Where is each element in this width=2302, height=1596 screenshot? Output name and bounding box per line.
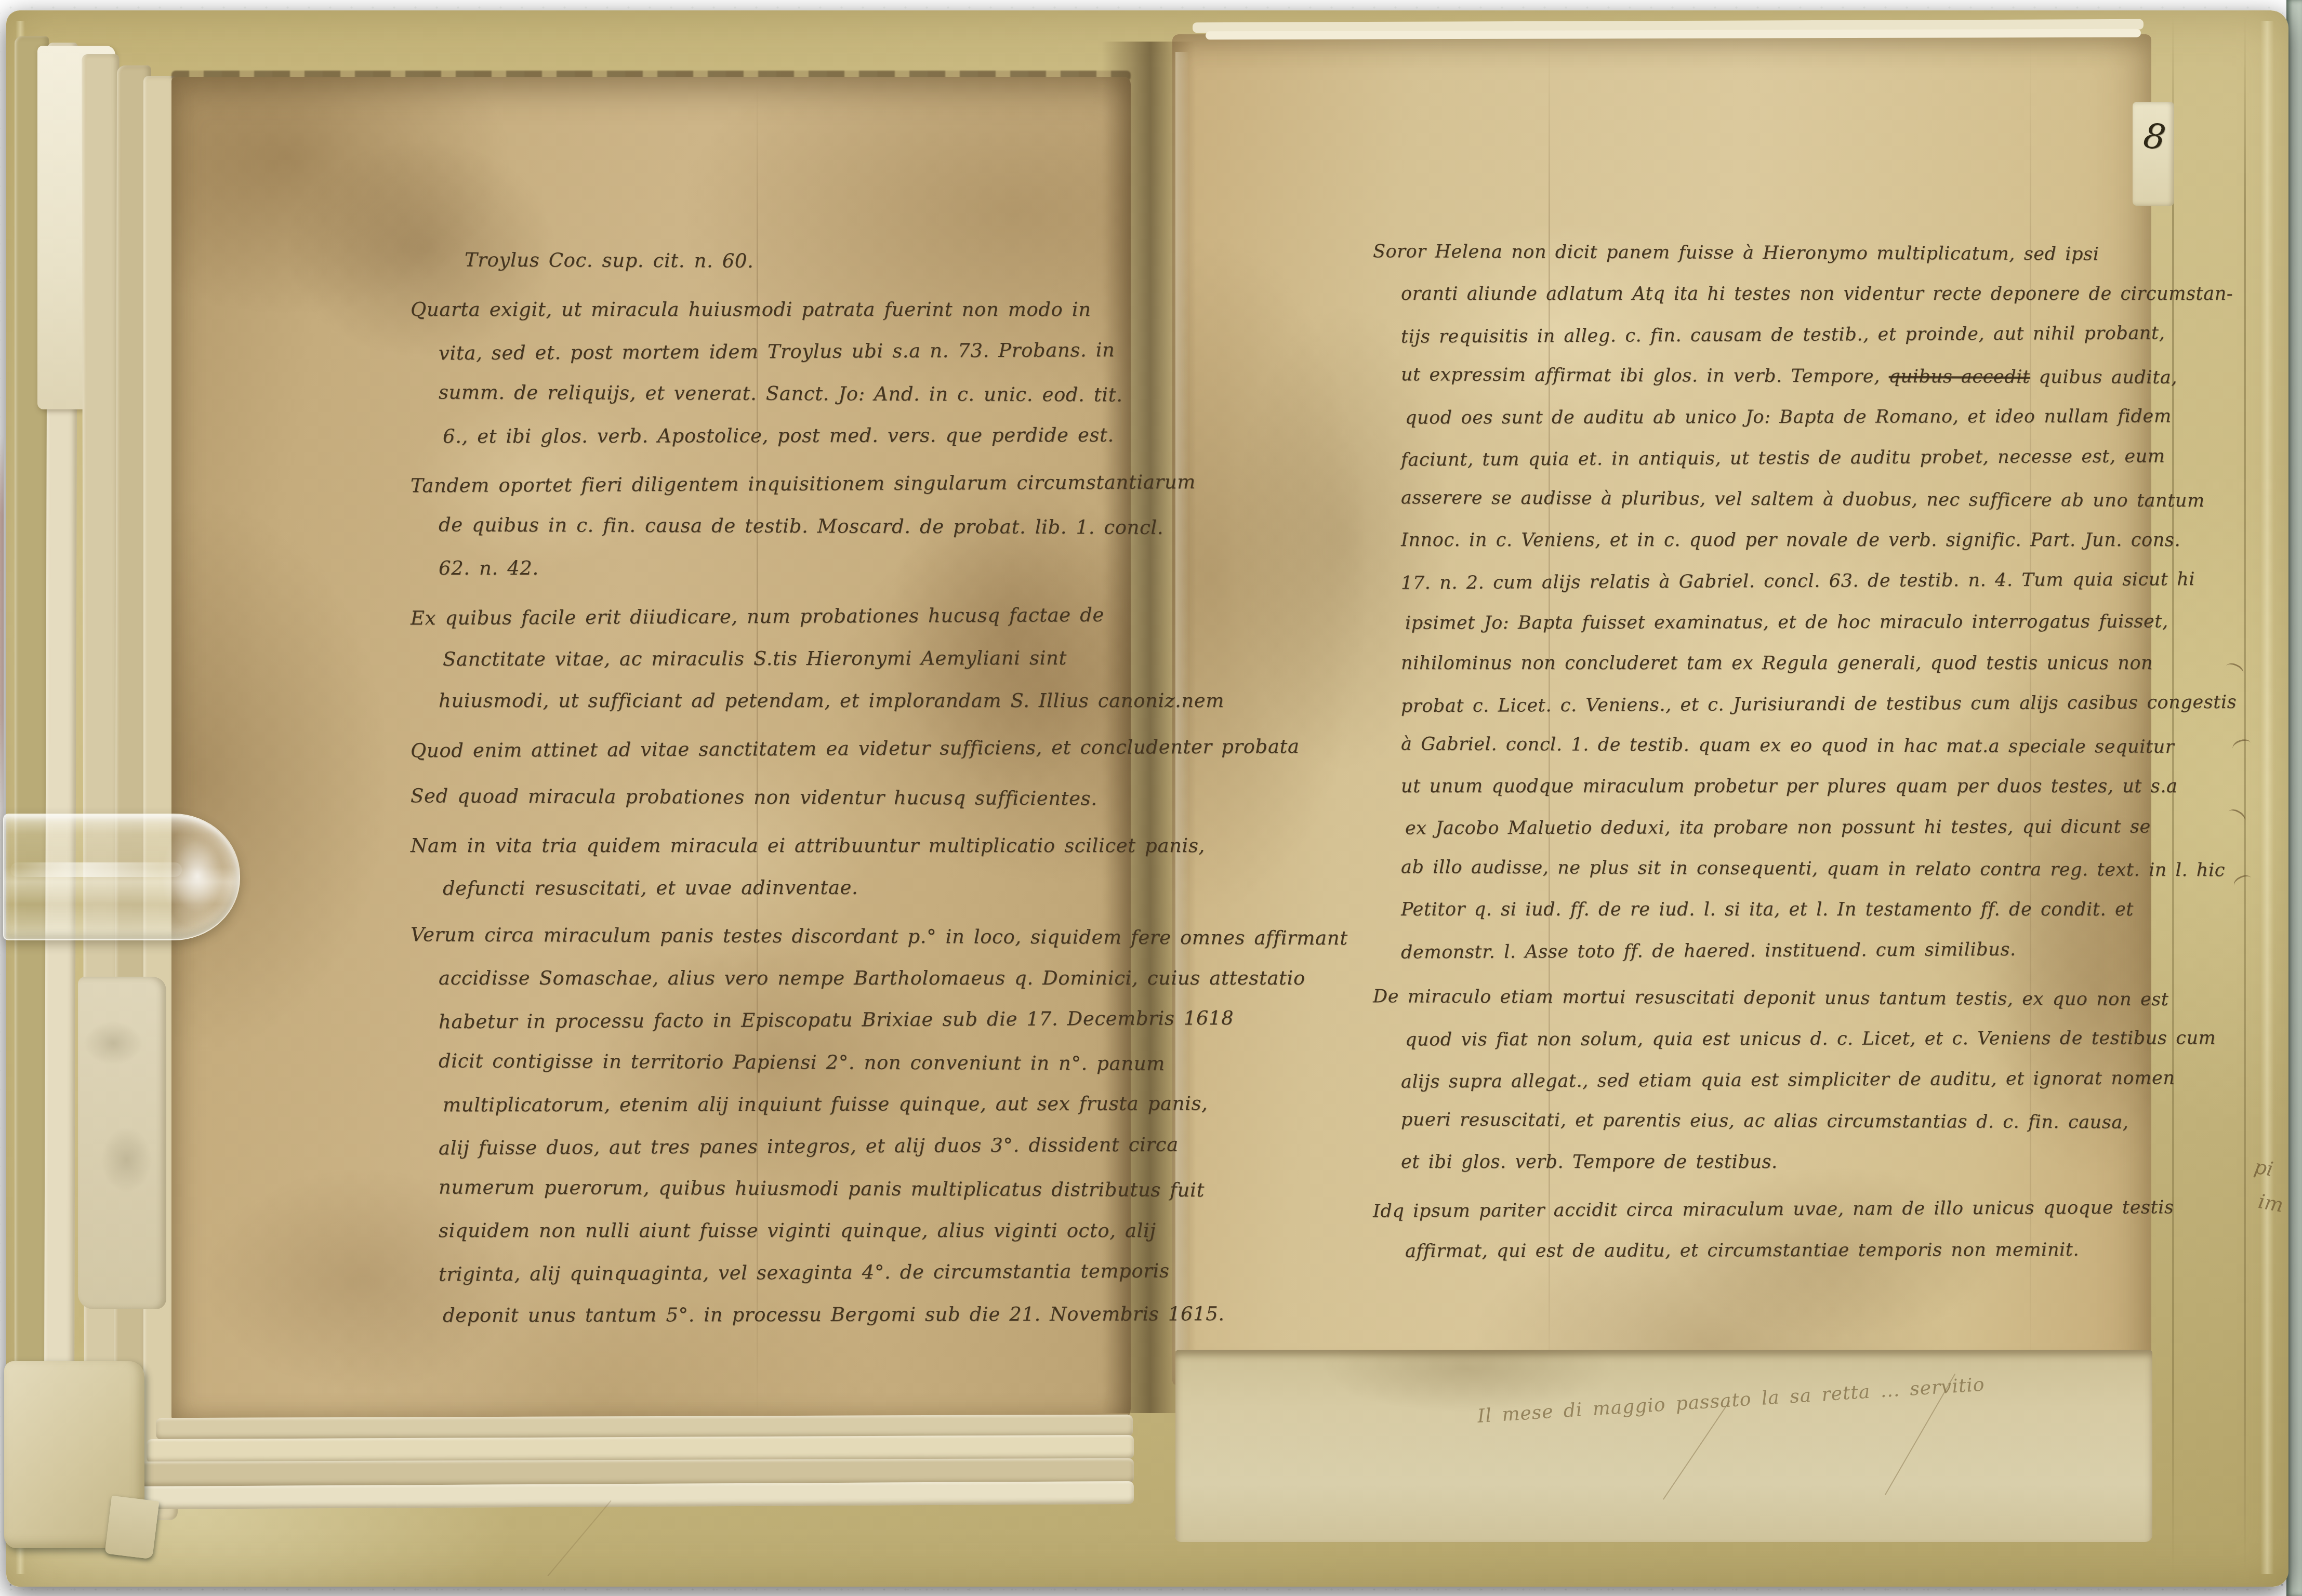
manuscript-line: multiplicatorum, etenim alij inquiunt fu… [443, 1083, 1132, 1126]
torn-paper-fragment-bleedthrough [78, 977, 166, 1309]
fore-edge-note: im [2257, 1190, 2285, 1217]
manuscript-line: pueri resuscitati, et parentis eius, ac … [1401, 1099, 2150, 1143]
manuscript-line: defuncti resuscitati, et uvae adinventae… [443, 866, 1132, 910]
manuscript-line: quod oes sunt de auditu ab unico Jo: Bap… [1405, 396, 2154, 438]
manuscript-line: tijs requisitis in alleg. c. fin. causam… [1401, 313, 2150, 357]
glass-weight [3, 814, 240, 940]
background-side-strip [2286, 0, 2302, 1596]
manuscript-line: Nam in vita tria quidem miracula ei attr… [411, 824, 1128, 867]
manuscript-photo-scene: Troylus Coc. sup. cit. n. 60.Quarta exig… [0, 0, 2302, 1596]
manuscript-line: Sanctitate vitae, ac miraculis S.tis Hie… [443, 637, 1132, 681]
manuscript-line: probat c. Licet. c. Veniens., et c. Juri… [1401, 682, 2150, 727]
manuscript-line: demonstr. l. Asse toto ff. de haered. in… [1401, 928, 2150, 973]
manuscript-line: ut expressim affirmat ibi glos. in verb.… [1401, 354, 2150, 398]
manuscript-line: et ibi glos. verb. Tempore de testibus. [1401, 1142, 2150, 1183]
glass-weight-streak [10, 862, 182, 877]
manuscript-line: habetur in processu facto in Episcopatu … [439, 997, 1128, 1043]
manuscript-line: 62. n. 42. [439, 547, 1128, 589]
manuscript-line: affirmat, qui est de auditu, et circumst… [1405, 1229, 2154, 1272]
manuscript-line: nihilominus non concluderet tam ex Regul… [1401, 643, 2150, 684]
manuscript-line: huiusmodi, ut sufficiant ad petendam, et… [439, 680, 1128, 722]
manuscript-line: ipsimet Jo: Bapta fuisset examinatus, et… [1405, 601, 2154, 644]
manuscript-line: oranti aliunde adlatum Atq ita hi testes… [1401, 274, 2150, 315]
manuscript-line: siquidem non nulli aiunt fuisse viginti … [439, 1209, 1128, 1252]
manuscript-line: ex Jacobo Maluetio deduxi, ita probare n… [1405, 806, 2154, 849]
left-page-text: Troylus Coc. sup. cit. n. 60.Quarta exig… [411, 240, 1128, 1336]
manuscript-line: Troylus Coc. sup. cit. n. 60. [465, 239, 1128, 284]
manuscript-line: deponit unus tantum 5°. in processu Berg… [443, 1293, 1132, 1337]
manuscript-line: Tandem oportet fieri diligentem inquisit… [411, 461, 1128, 507]
struck-text: quibus accedit [1889, 366, 2030, 388]
manuscript-line: Ex quibus facile erit diiudicare, num pr… [411, 594, 1128, 640]
manuscript-line: à Gabriel. concl. 1. de testib. quam ex … [1401, 724, 2150, 768]
manuscript-line: quod vis fiat non solum, quia est unicus… [1405, 1018, 2154, 1060]
manuscript-line: Innoc. in c. Veniens, et in c. quod per … [1401, 520, 2150, 561]
manuscript-line: 6., et ibi glos. verb. Apostolice, post … [443, 414, 1132, 458]
manuscript-line: ab illo audisse, ne plus sit in conseque… [1401, 847, 2150, 891]
protruding-paper-tab [105, 1496, 160, 1559]
manuscript-line: accidisse Somaschae, alius vero nempe Ba… [439, 957, 1128, 999]
manuscript-line: faciunt, tum quia et. in antiquis, ut te… [1401, 436, 2150, 481]
manuscript-line: ut unum quodque miraculum probetur per p… [1401, 766, 2150, 807]
manuscript-line: vita, sed et. post mortem idem Troylus u… [439, 329, 1128, 374]
manuscript-line: triginta, alij quinquaginta, vel sexagin… [439, 1250, 1128, 1295]
manuscript-line: de quibus in c. fin. causa de testib. Mo… [439, 503, 1128, 548]
manuscript-line: asserere se audisse à pluribus, vel salt… [1401, 477, 2150, 522]
manuscript-line: Petitor q. si iud. ff. de re iud. l. si … [1401, 889, 2150, 930]
manuscript-line: alijs supra allegat., sed etiam quia est… [1401, 1058, 2150, 1102]
manuscript-line: Sed quoad miracula probationes non viden… [411, 775, 1128, 819]
manuscript-line: Verum circa miraculum panis testes disco… [411, 913, 1128, 958]
cover-fold-highlight [2260, 21, 2274, 1574]
fore-edge-note: pi [2252, 1155, 2275, 1181]
cover-crease [2244, 16, 2246, 1574]
manuscript-line: summ. de reliquijs, et venerat. Sanct. J… [439, 371, 1128, 416]
manuscript-line: Idq ipsum pariter accidit circa miraculu… [1373, 1187, 2150, 1232]
left-edge-sliver [0, 436, 4, 831]
manuscript-line: Quod enim attinet ad vitae sanctitatem e… [411, 726, 1128, 772]
manuscript-line: numerum puerorum, quibus huiusmodi panis… [439, 1166, 1128, 1211]
right-page-text: Soror Helena non dicit panem fuisse à Hi… [1373, 227, 2150, 1271]
manuscript-line: Quarta exigit, ut miracula huiusmodi pat… [411, 288, 1128, 330]
manuscript-line: 17. n. 2. cum alijs relatis à Gabriel. c… [1401, 559, 2150, 604]
manuscript-line: alij fuisse duos, aut tres panes integro… [439, 1124, 1128, 1169]
manuscript-line: dicit contigisse in territorio Papiensi … [439, 1040, 1128, 1084]
manuscript-line: Soror Helena non dicit panem fuisse à Hi… [1373, 231, 2150, 275]
manuscript-line: De miraculo etiam mortui resuscitati dep… [1373, 976, 2150, 1020]
